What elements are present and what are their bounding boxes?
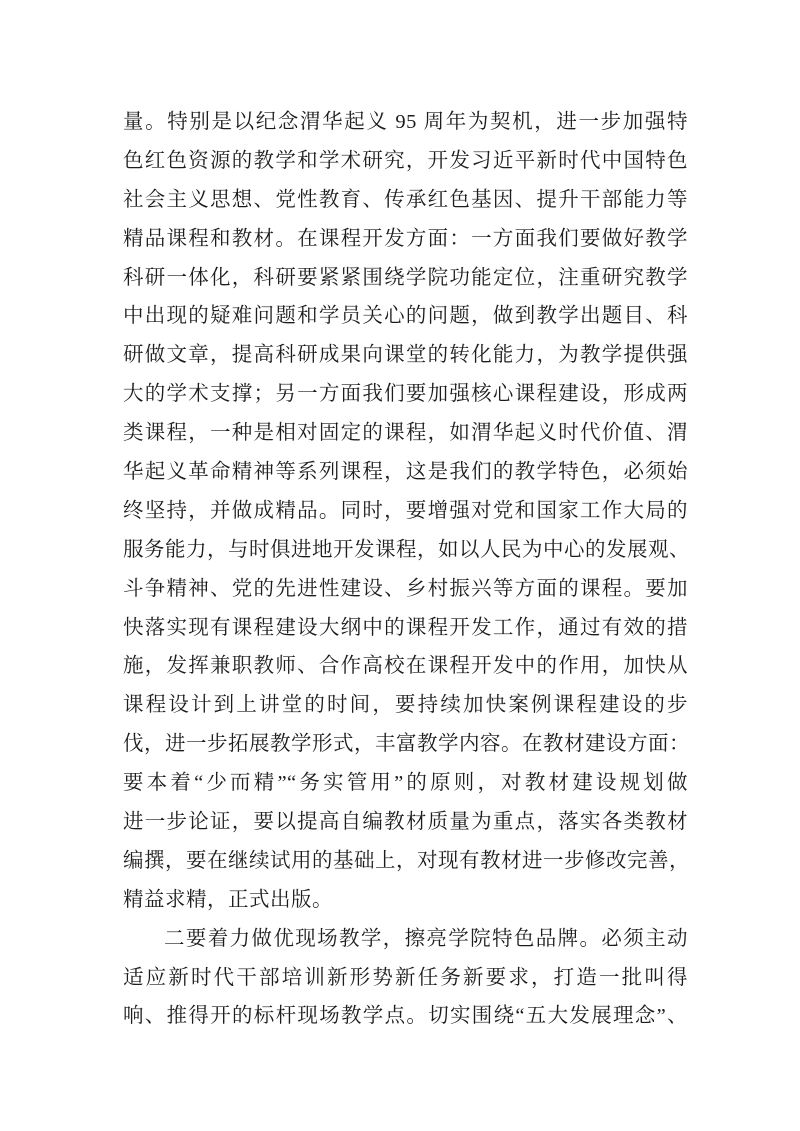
- text-line: 服务能力，与时俱进地开发课程，如以人民为中心的发展观、: [123, 531, 688, 570]
- text-line: 快落实现有课程建设大纲中的课程开发工作，通过有效的措: [123, 609, 688, 648]
- text-line: 施，发挥兼职教师、合作高校在课程开发中的作用，加快从: [123, 647, 688, 686]
- text-line: 社会主义思想、党性教育、传承红色基因、提升干部能力等: [123, 181, 688, 220]
- text-line: 进一步论证，要以提高自编教材质量为重点，落实各类教材: [123, 803, 688, 842]
- text-line-paragraph-end: 精益求精，正式出版。: [123, 881, 688, 920]
- text-line: 响、推得开的标杆现场教学点。切实围绕“五大发展理念”、: [123, 997, 688, 1036]
- text-line: 编撰，要在继续试用的基础上，对现有教材进一步修改完善，: [123, 842, 688, 881]
- text-line: 适应新时代干部培训新形势新任务新要求，打造一批叫得: [123, 959, 688, 998]
- text-line: 伐，进一步拓展教学形式，丰富教学内容。在教材建设方面：: [123, 725, 688, 764]
- text-line: 研做文章，提高科研成果向课堂的转化能力，为教学提供强: [123, 336, 688, 375]
- text-line: 色红色资源的教学和学术研究，开发习近平新时代中国特色: [123, 142, 688, 181]
- text-line: 课程设计到上讲堂的时间，要持续加快案例课程建设的步: [123, 686, 688, 725]
- text-line-paragraph-start: 二要着力做优现场教学，擦亮学院特色品牌。必须主动: [123, 920, 688, 959]
- text-line: 大的学术支撑；另一方面我们要加强核心课程建设，形成两: [123, 375, 688, 414]
- text-line: 类课程，一种是相对固定的课程，如渭华起义时代价值、渭: [123, 414, 688, 453]
- document-page: 量。特别是以纪念渭华起义 95 周年为契机，进一步加强特 色红色资源的教学和学术…: [0, 0, 800, 1131]
- text-line: 中出现的疑难问题和学员关心的问题，做到教学出题目、科: [123, 297, 688, 336]
- document-body: 量。特别是以纪念渭华起义 95 周年为契机，进一步加强特 色红色资源的教学和学术…: [123, 103, 688, 1036]
- text-line: 斗争精神、党的先进性建设、乡村振兴等方面的课程。要加: [123, 570, 688, 609]
- text-line: 精品课程和教材。在课程开发方面：一方面我们要做好教学: [123, 220, 688, 259]
- text-line: 华起义革命精神等系列课程，这是我们的教学特色，必须始: [123, 453, 688, 492]
- text-line: 科研一体化，科研要紧紧围绕学院功能定位，注重研究教学: [123, 259, 688, 298]
- text-line: 终坚持，并做成精品。同时，要增强对党和国家工作大局的: [123, 492, 688, 531]
- text-line: 要本着“少而精”“务实管用”的原则，对教材建设规划做: [123, 764, 688, 803]
- text-line: 量。特别是以纪念渭华起义 95 周年为契机，进一步加强特: [123, 103, 688, 142]
